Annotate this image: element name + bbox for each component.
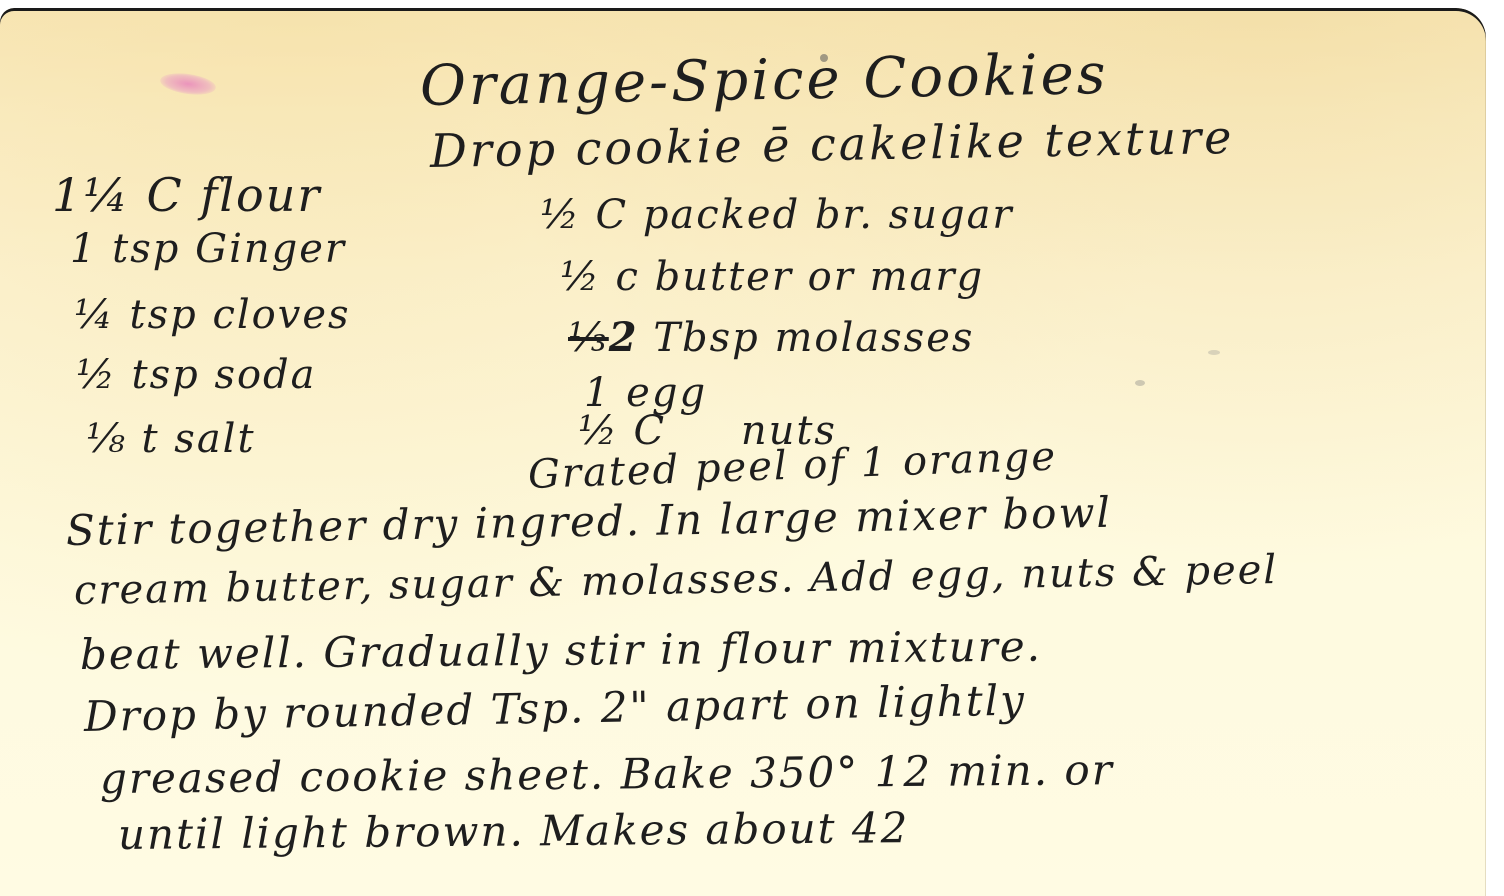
ingredient-unit: tsp [132,352,200,398]
ingredient-item: molasses [774,315,974,361]
ingredient-qty: ½ [560,254,601,300]
ingredient-unit: t [142,416,160,462]
ingredient-line: ¼ tsp cloves [74,292,351,338]
ingredient-qty: 1 [70,226,97,272]
recipe-subtitle: Drop cookie ē cakelike texture [430,110,1235,178]
ingredient-item: soda [214,352,316,398]
ingredient-item: butter or marg [655,254,984,300]
ingredient-qty: ⅛ [86,416,127,462]
ingredient-qty: ¼ [74,292,115,338]
ingredient-unit: Tbsp [653,315,759,361]
ingredient-item: packed br. sugar [643,192,1014,238]
ingredient-item: flour [200,168,321,222]
ingredient-item: Ginger [195,226,346,272]
ingredient-unit: c [616,254,640,300]
instruction-line: cream butter, sugar & molasses. Add egg,… [74,547,1279,614]
ingredient-line: 1 tsp Ginger [70,226,346,272]
paper-speck [1135,380,1145,386]
ingredient-line: ½ tsp soda [76,352,317,398]
instruction-line: until light brown. Makes about 42 [118,803,910,859]
ingredient-unit: tsp [112,226,180,272]
ingredient-line: ½ C packed br. sugar [540,192,1014,238]
ingredient-unit: tsp [130,292,198,338]
paper-speck [1208,350,1220,355]
ingredient-line: ½ c butter or marg [560,254,984,300]
ingredient-qty: ½ [578,408,619,454]
ingredient-unit: C [146,168,183,222]
ingredient-line: ⅓2 Tbsp molasses [568,314,974,361]
ingredient-line: ⅛ t salt [86,416,256,462]
ingredient-qty: ½ [76,352,117,398]
ingredient-item: salt [174,416,255,462]
ingredient-item: cloves [212,292,350,338]
instruction-line: Stir together dry ingred. In large mixer… [66,488,1113,555]
ingredient-line: 1¼ C flour [52,168,321,222]
ingredient-qty: ½ [540,192,581,238]
ingredient-unit: C [596,192,629,238]
instruction-line: greased cookie sheet. Bake 350° 12 min. … [100,745,1114,803]
ingredient-qty-struck: ⅓ [568,315,609,361]
recipe-card: Orange-Spice Cookies Drop cookie ē cakel… [0,8,1486,896]
ingredient-qty: 1¼ [52,168,130,222]
recipe-title: Orange-Spice Cookies [419,42,1108,119]
instruction-line: beat well. Gradually stir in flour mixtu… [80,622,1042,679]
instruction-line: Drop by rounded Tsp. 2" apart on lightly [84,676,1027,741]
ingredient-qty: 2 [609,314,639,361]
pink-ink-smudge [159,70,217,98]
